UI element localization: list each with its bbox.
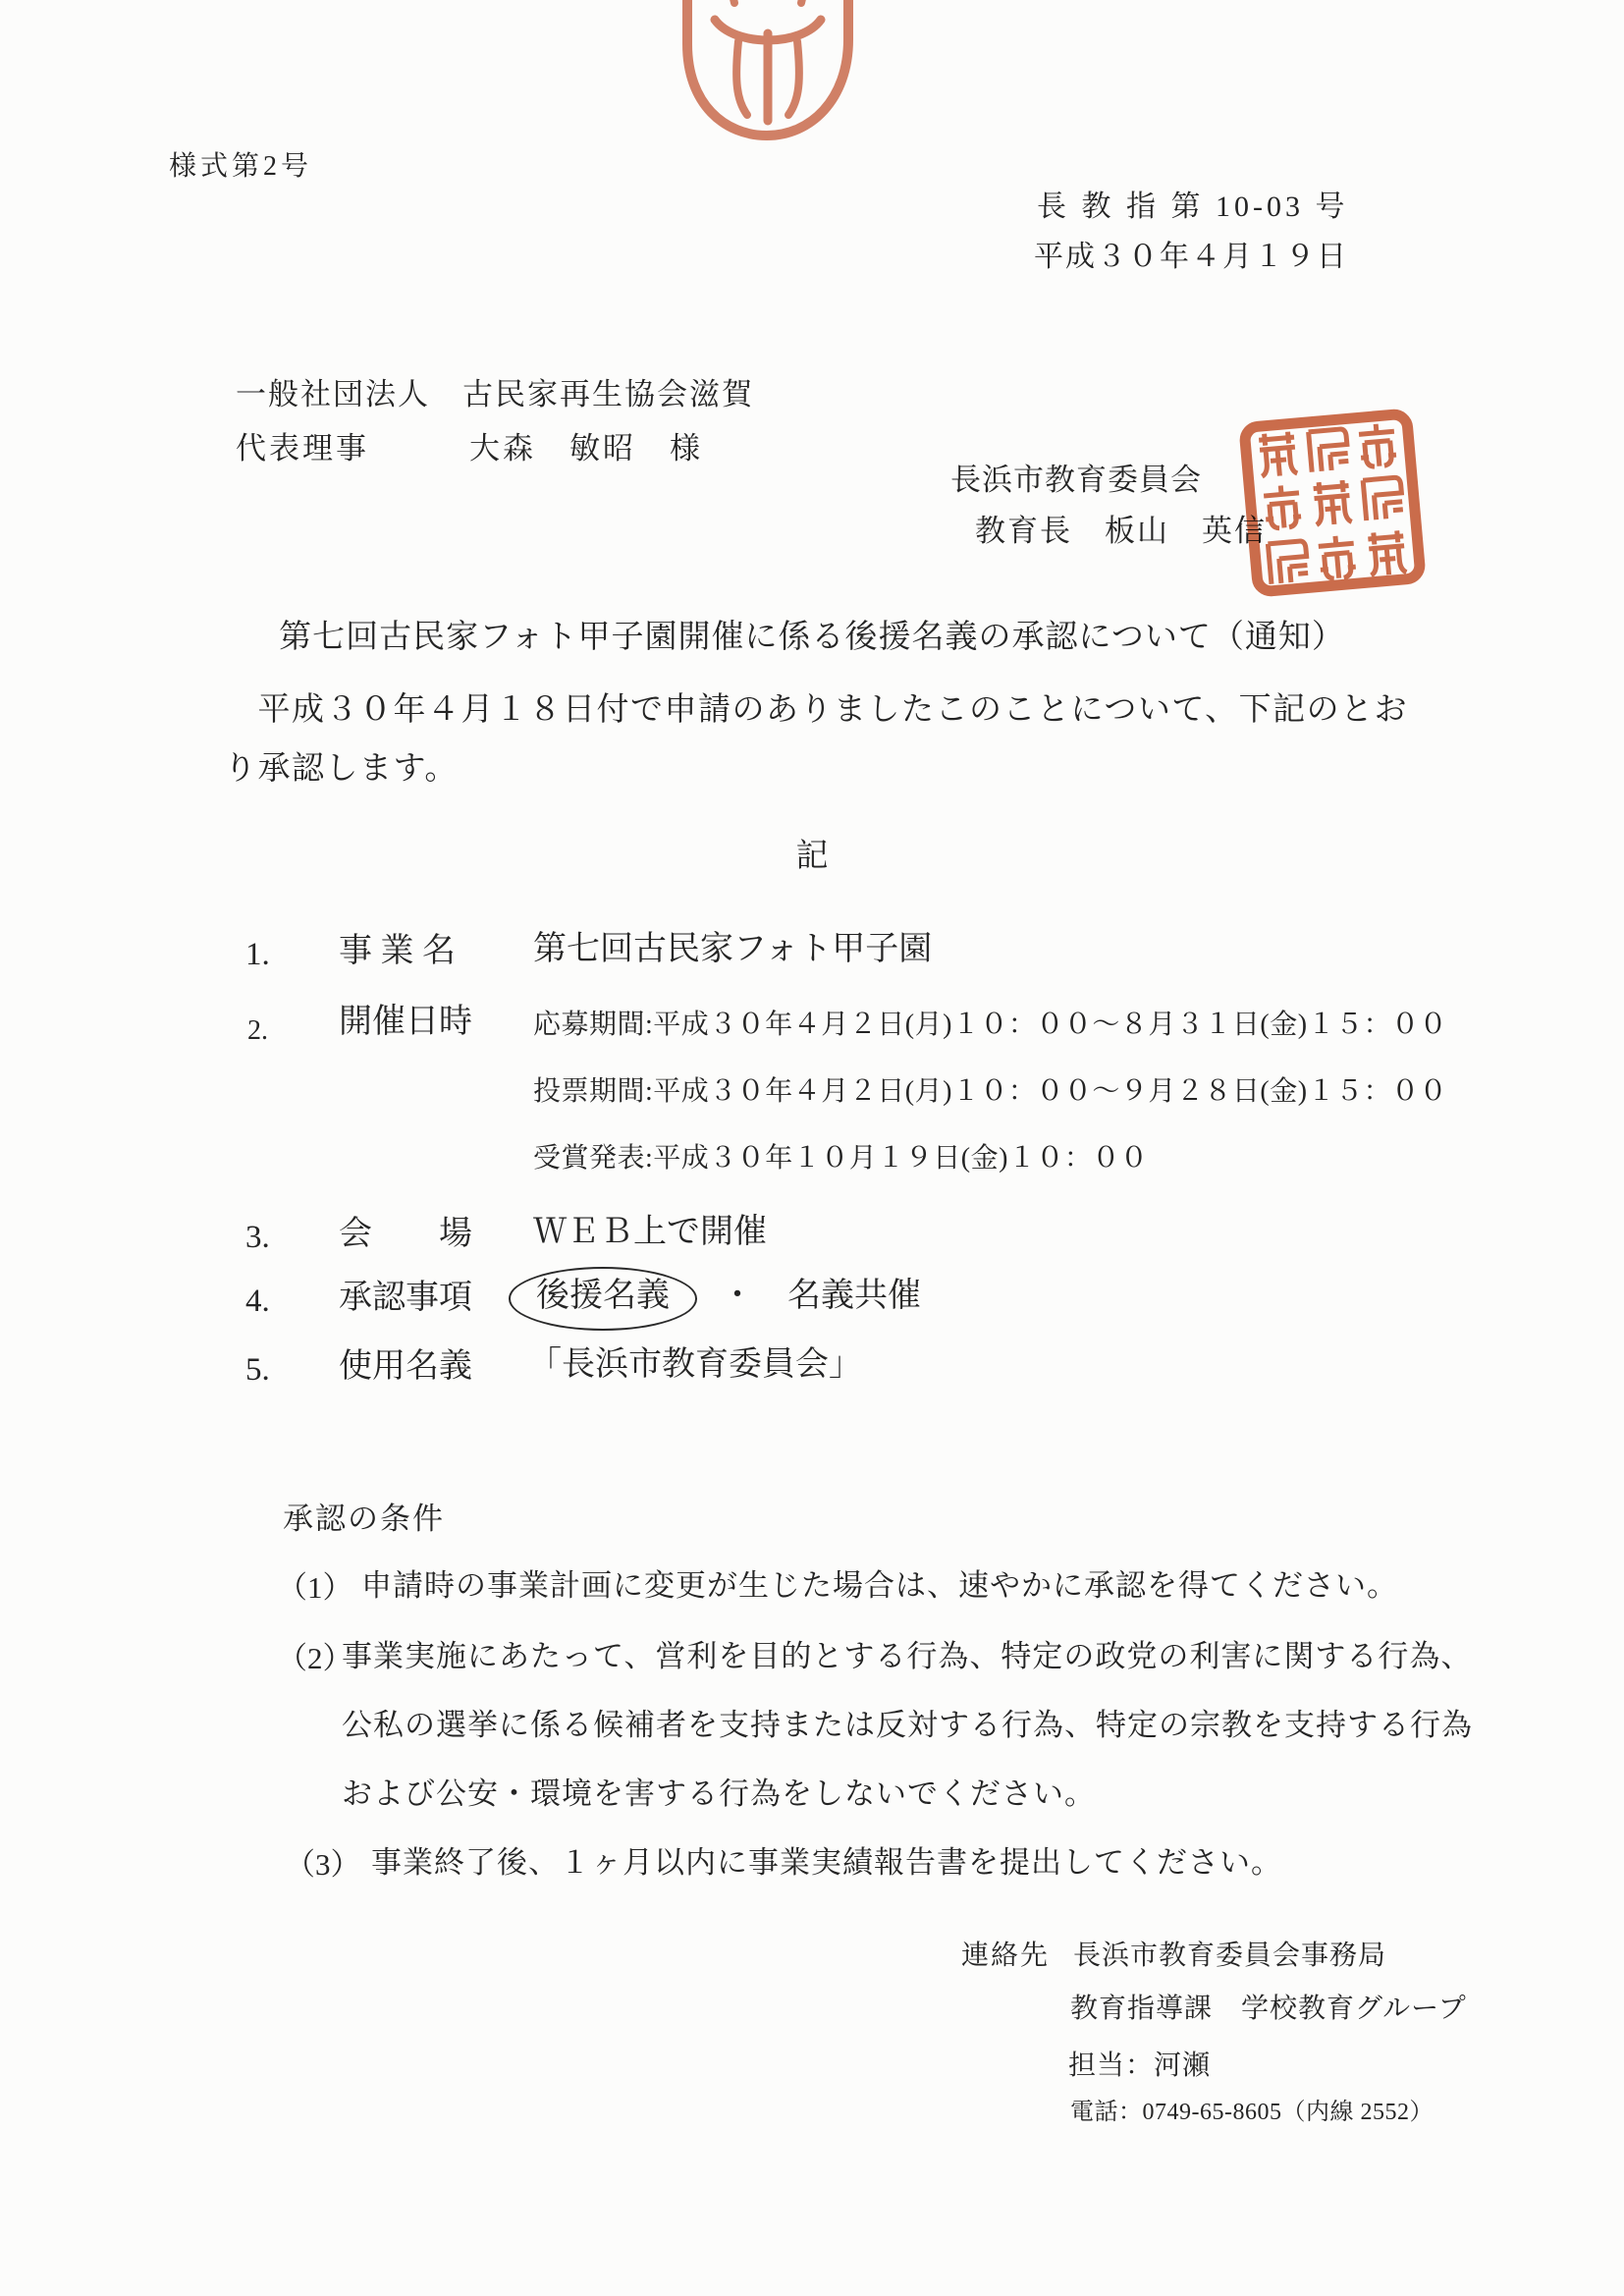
condition-3-number: （3） [285,1846,361,1885]
ki-marker: 記 [0,830,1624,876]
item-2-detail-award-announcement: 受賞発表:平成３０年１０月１９日(金)１０：００ [533,1141,1148,1175]
official-square-seal-icon [1237,408,1427,599]
body-paragraph-line-1: 平成３０年４月１８日付で申請のありましたこのことについて、下記のとお [224,690,1408,731]
item-4-label: 承認事項 [339,1278,472,1320]
item-2-detail-voting-period: 投票期間:平成３０年４月２日(月)１０：００～９月２８日(金)１５：００ [533,1074,1447,1109]
circled-kouen-meigi: 後援名義 [509,1267,697,1331]
item-5-value: 「長浜市教育委員会」 [528,1344,862,1387]
item-5-number: 5. [245,1350,270,1391]
condition-1-number: （1） [277,1569,353,1608]
item-4-suffix: ・ 名義共催 [721,1278,921,1314]
item-3-number: 3. [245,1218,270,1258]
condition-2-text-line-2: 公私の選挙に係る候補者を支持または反対する行為、特定の宗教を支持する行為 [342,1707,1473,1745]
scanned-approval-letter: 様式第2号 長 教 指 第 10-03 号 平成３０年４月１９日 一般社団法人 … [0,0,1624,2296]
subject-title: 第七回古民家フォト甲子園開催に係る後援名義の承認について（通知） [0,611,1624,657]
sender-organization: 長浜市教育委員会 [950,462,1202,500]
recipient-organization: 一般社団法人 古民家再生協会滋賀 [236,376,754,414]
item-3-label: 会 場 [339,1214,472,1256]
item-4-number: 4. [245,1282,270,1322]
sender-person: 教育長 板山 英信 [975,513,1267,551]
condition-3-text: 事業終了後、１ヶ月以内に事業実績報告書を提出してください。 [371,1844,1282,1883]
contact-person: 担当：河瀬 [1068,2049,1211,2083]
condition-2-text-line-3: および公安・環境を害する行為をしないでください。 [342,1776,1096,1814]
item-2-label: 開催日時 [339,1002,472,1044]
item-5-label: 使用名義 [339,1346,472,1389]
partial-round-stamp-icon [676,0,860,142]
document-number: 長 教 指 第 10-03 号 [1037,189,1349,226]
recipient-person: 代表理事 大森 敏昭 様 [236,430,703,468]
item-1-number: 1. [245,935,270,975]
body-paragraph-line-2: り承認します。 [224,749,459,790]
contact-org: 長浜市教育委員会事務局 [1073,1939,1386,1973]
contact-group: 教育指導課 学校教育グループ [1070,1992,1467,2026]
form-number: 様式第2号 [169,149,312,184]
conditions-heading: 承認の条件 [283,1501,445,1539]
item-3-value: ＷＥＢ上で開催 [533,1212,767,1254]
item-1-label: 事 業 名 [339,931,456,973]
issue-date: 平成３０年４月１９日 [1034,239,1348,276]
item-1-value: 第七回古民家フォト甲子園 [533,929,932,971]
item-4-value: 後援名義・ 名義共催 [509,1276,921,1321]
condition-2-text-line-1: 事業実施にあたって、営利を目的とする行為、特定の政党の利害に関する行為、 [342,1638,1472,1676]
contact-label: 連絡先 [961,1939,1050,1973]
item-2-number: 2. [247,1013,268,1048]
contact-phone: 電話：0749-65-8605（内線 2552） [1070,2098,1434,2127]
condition-1-text: 申請時の事業計画に変更が生じた場合は、速やかに承認を得てください。 [361,1567,1398,1606]
item-2-detail-entry-period: 応募期間:平成３０年４月２日(月)１０：００～８月３１日(金)１５：００ [533,1008,1447,1042]
